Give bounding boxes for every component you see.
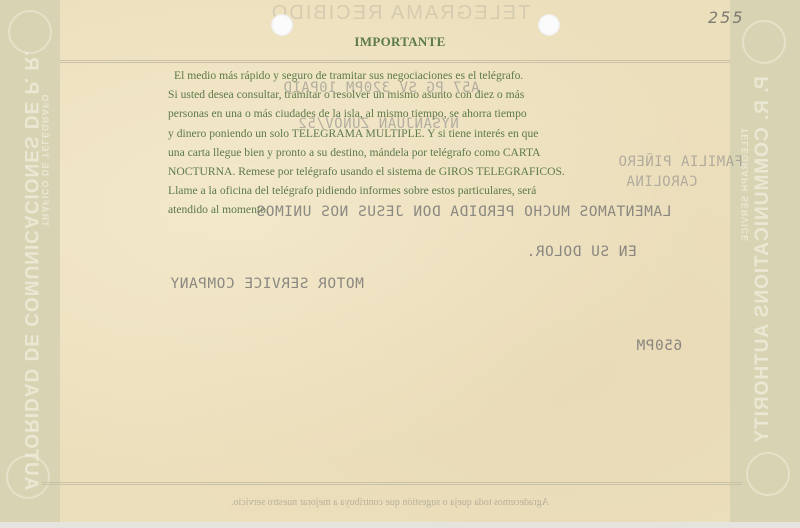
notice-line: Llame a la oficina del telégrafo pidiend… (168, 181, 646, 200)
telegram-origin-line: NYSANJUAN ZUNOV/52 (298, 116, 459, 132)
telegram-addressee-city: CAROLINA (626, 174, 697, 190)
notice-heading: IMPORTANTE (0, 34, 800, 50)
notice-line: NOCTURNA. Remese por telégrafo usando el… (168, 162, 646, 181)
seal-emblem-icon (746, 452, 790, 496)
telegram-message-line: EN SU DOLOR. (526, 244, 637, 260)
telegram-header-line: A57 PG SV 320PM 10PAID (283, 80, 479, 96)
bottom-rule-divider (42, 482, 742, 485)
scan-bottom-edge (0, 522, 800, 528)
punch-hole-left (271, 14, 293, 36)
notice-line: una carta llegue bien y pronto a su dest… (168, 143, 646, 162)
left-side-strip: AUTORIDAD DE COMUNICACIONES DE P. R. TRÁ… (0, 0, 60, 522)
left-strip-title: AUTORIDAD DE COMUNICACIONES DE P. R. (19, 50, 41, 491)
punch-hole-right (538, 14, 560, 36)
right-strip-subtitle: TELEGRAPH SERVICE (740, 128, 750, 242)
right-side-strip: P. R. COMMUNICATIONS AUTHORITY TELEGRAPH… (730, 0, 800, 522)
top-rule-divider (60, 60, 730, 63)
telegram-received-time: 650PM (636, 338, 682, 354)
bleed-through-header: TELEGRAMA RECIBIDO (250, 2, 550, 25)
left-strip-subtitle: TRÁFICO DE TELÉGRAFO (40, 94, 50, 227)
handwritten-page-number: 255 (708, 8, 745, 27)
bleed-through-footer: Agradecemos toda queja o sugestión que c… (90, 497, 690, 508)
telegram-addressee-name: FAMILIA PIÑERO (618, 154, 743, 170)
telegram-signature: MOTOR SERVICE COMPANY (170, 276, 364, 292)
telegram-receipt-sheet: AUTORIDAD DE COMUNICACIONES DE P. R. TRÁ… (0, 0, 800, 522)
telegram-message-line: LAMENTAMOS MUCHO PERDIDA DON JESUS NOS U… (256, 204, 671, 220)
right-strip-title: P. R. COMMUNICATIONS AUTHORITY (752, 76, 774, 443)
